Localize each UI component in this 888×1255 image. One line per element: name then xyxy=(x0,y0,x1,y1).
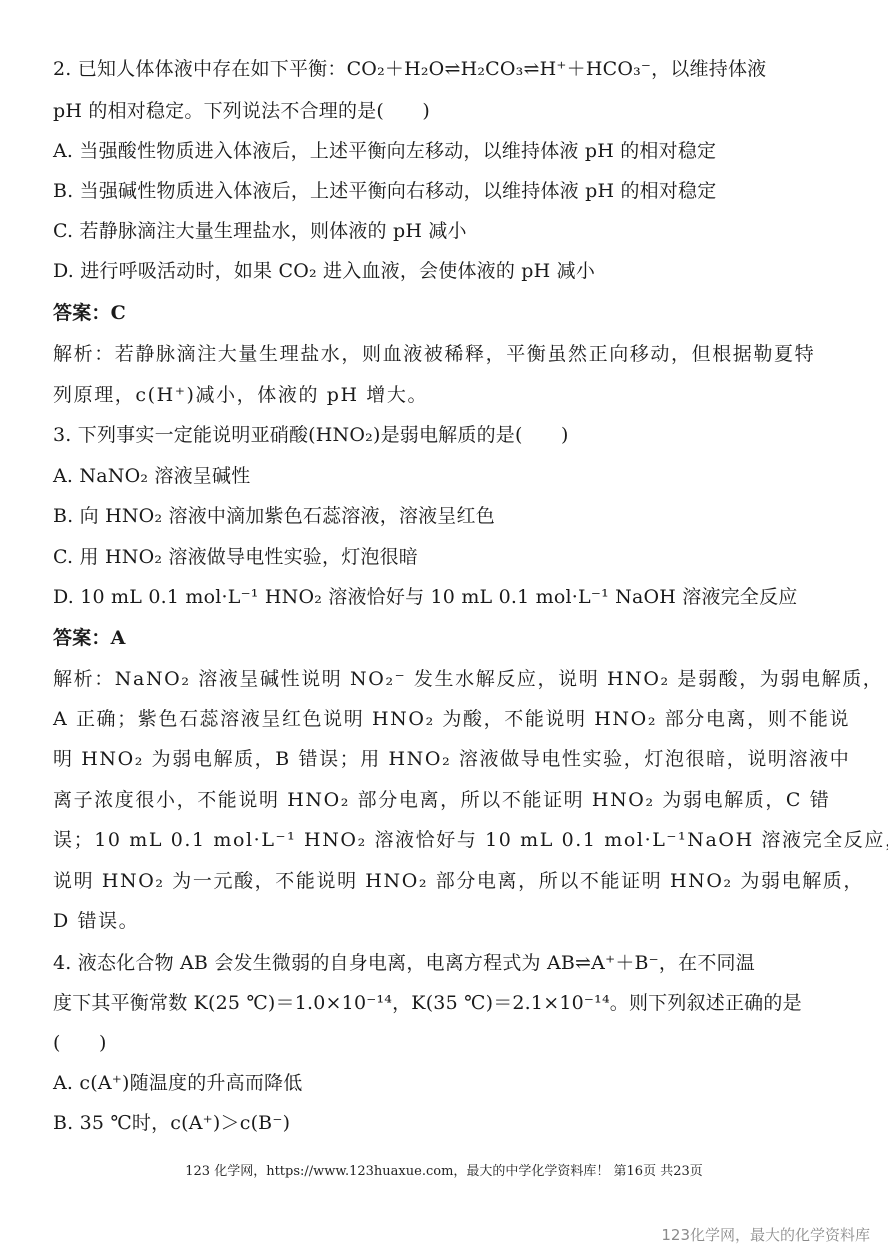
page-footer: 123 化学网，https://www.123huaxue.com，最大的中学化… xyxy=(0,1160,888,1179)
q2-answer: 答案：C xyxy=(53,300,126,326)
q3-answer: 答案：A xyxy=(53,625,126,651)
q3-explanation-line-1: 解析：NaNO₂ 溶液呈碱性说明 NO₂⁻ 发生水解反应，说明 HNO₂ 是弱酸… xyxy=(53,666,883,692)
watermark: 123化学网，最大的化学资料库 xyxy=(661,1224,870,1245)
q3-explanation-line-4: 离子浓度很小，不能说明 HNO₂ 部分电离，所以不能证明 HNO₂ 为弱电解质，… xyxy=(53,787,830,813)
document-page: 2. 已知人体体液中存在如下平衡：CO₂＋H₂O⇌H₂CO₃⇌H⁺＋HCO₃⁻，… xyxy=(0,0,888,1255)
q4-option-b: B. 35 ℃时，c(A⁺)＞c(B⁻) xyxy=(53,1110,290,1136)
q3-option-b: B. 向 HNO₂ 溶液中滴加紫色石蕊溶液，溶液呈红色 xyxy=(53,503,495,529)
q2-option-c: C. 若静脉滴注大量生理盐水，则体液的 pH 减小 xyxy=(53,218,467,244)
q3-explanation-line-3: 明 HNO₂ 为弱电解质，B 错误；用 HNO₂ 溶液做导电性实验，灯泡很暗，说… xyxy=(53,746,850,772)
q3-explanation-line-2: A 正确；紫色石蕊溶液呈红色说明 HNO₂ 为酸，不能说明 HNO₂ 部分电离，… xyxy=(53,706,850,732)
q4-stem-line-2: 度下其平衡常数 K(25 ℃)＝1.0×10⁻¹⁴，K(35 ℃)＝2.1×10… xyxy=(53,990,802,1016)
q2-explanation-line-1: 解析：若静脉滴注大量生理盐水，则血液被稀释，平衡虽然正向移动，但根据勒夏特 xyxy=(53,341,815,367)
q2-option-a: A. 当强酸性物质进入体液后，上述平衡向左移动，以维持体液 pH 的相对稳定 xyxy=(53,138,716,164)
q2-option-b: B. 当强碱性物质进入体液后，上述平衡向右移动，以维持体液 pH 的相对稳定 xyxy=(53,178,716,204)
q3-explanation-line-6: 说明 HNO₂ 为一元酸，不能说明 HNO₂ 部分电离，所以不能证明 HNO₂ … xyxy=(53,868,864,894)
q4-stem-line-1: 4. 液态化合物 AB 会发生微弱的自身电离，电离方程式为 AB⇌A⁺＋B⁻，在… xyxy=(53,950,755,976)
q4-stem-line-3: ( ) xyxy=(53,1030,107,1056)
q2-stem-line-1: 2. 已知人体体液中存在如下平衡：CO₂＋H₂O⇌H₂CO₃⇌H⁺＋HCO₃⁻，… xyxy=(53,56,766,82)
q2-explanation-line-2: 列原理，c(H⁺)减小，体液的 pH 增大。 xyxy=(53,382,428,408)
q3-option-c: C. 用 HNO₂ 溶液做导电性实验，灯泡很暗 xyxy=(53,544,418,570)
q4-option-a: A. c(A⁺)随温度的升高而降低 xyxy=(53,1070,302,1096)
q2-stem-line-2: pH 的相对稳定。下列说法不合理的是( ) xyxy=(53,98,430,124)
q3-stem: 3. 下列事实一定能说明亚硝酸(HNO₂)是弱电解质的是( ) xyxy=(53,422,569,448)
q3-explanation-line-7: D 错误。 xyxy=(53,908,139,934)
q3-option-a: A. NaNO₂ 溶液呈碱性 xyxy=(53,463,250,489)
q2-option-d: D. 进行呼吸活动时，如果 CO₂ 进入血液，会使体液的 pH 减小 xyxy=(53,258,595,284)
q3-option-d: D. 10 mL 0.1 mol·L⁻¹ HNO₂ 溶液恰好与 10 mL 0.… xyxy=(53,584,797,610)
q3-explanation-line-5: 误；10 mL 0.1 mol·L⁻¹ HNO₂ 溶液恰好与 10 mL 0.1… xyxy=(53,827,888,853)
